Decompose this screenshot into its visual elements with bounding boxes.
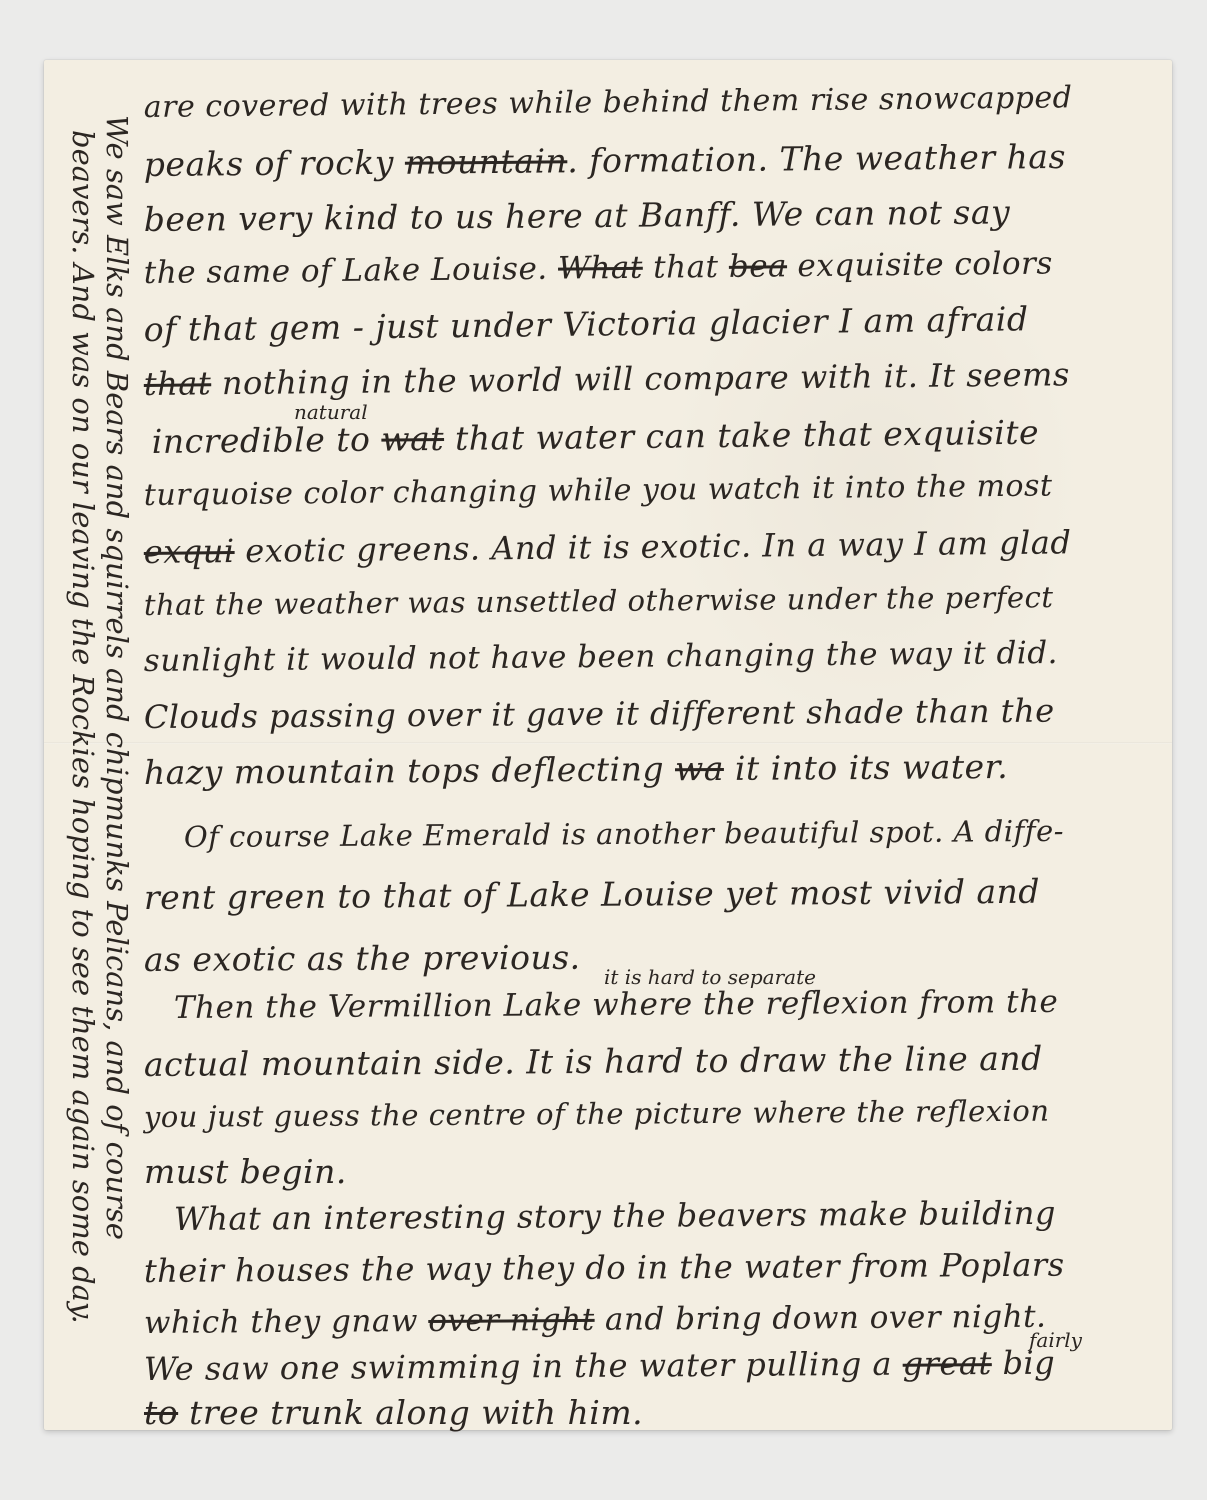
letter-line-23: which they gnaw over night and bring dow… xyxy=(144,1299,1047,1341)
struck-word: to xyxy=(144,1393,178,1432)
struck-word: wat xyxy=(381,419,444,459)
paper-fold-crease xyxy=(44,742,1172,744)
struck-word: exqui xyxy=(144,532,235,571)
letter-line-1: are covered with trees while behind them… xyxy=(144,80,1073,125)
letter-line-19: you just guess the centre of the picture… xyxy=(144,1094,1050,1134)
letter-line-13: hazy mountain tops deflecting wa it into… xyxy=(144,747,1009,792)
letter-line-20: must begin. xyxy=(144,1152,347,1191)
struck-word: over night xyxy=(428,1302,595,1339)
struck-word: wa xyxy=(675,749,724,788)
struck-word: great xyxy=(903,1344,992,1383)
letter-line-14: Of course Lake Emerald is another beauti… xyxy=(184,814,1064,854)
letter-line-15: rent green to that of Lake Louise yet mo… xyxy=(144,872,1040,917)
letter-line-18: actual mountain side. It is hard to draw… xyxy=(144,1039,1043,1084)
letter-line-2: peaks of rocky mountain. formation. The … xyxy=(144,137,1066,184)
letter-line-12: Clouds passing over it gave it different… xyxy=(144,692,1055,736)
struck-word: bea xyxy=(729,248,788,285)
letter-line-21: What an interesting story the beavers ma… xyxy=(174,1194,1056,1238)
margin-note-line-2: beavers. And was on our leaving the Rock… xyxy=(66,130,100,1324)
letter-line-17: Then the Vermillion Lake where the refle… xyxy=(174,984,1059,1026)
letter-page: are covered with trees while behind them… xyxy=(44,60,1172,1430)
margin-note-line-1: We saw Elks and Bears and squirrels and … xyxy=(100,115,134,1240)
struck-word: What xyxy=(558,250,643,287)
letter-line-16: as exotic as the previous. xyxy=(144,938,581,979)
letter-line-3: been very kind to us here at Banff. We c… xyxy=(144,192,1011,239)
letter-line-24: We saw one swimming in the water pulling… xyxy=(144,1344,1056,1388)
struck-word: mountain xyxy=(405,141,568,181)
letter-line-22: their houses the way they do in the wate… xyxy=(144,1246,1065,1290)
letter-line-25: to tree trunk along with him. xyxy=(144,1393,643,1432)
struck-word: that xyxy=(144,364,212,403)
